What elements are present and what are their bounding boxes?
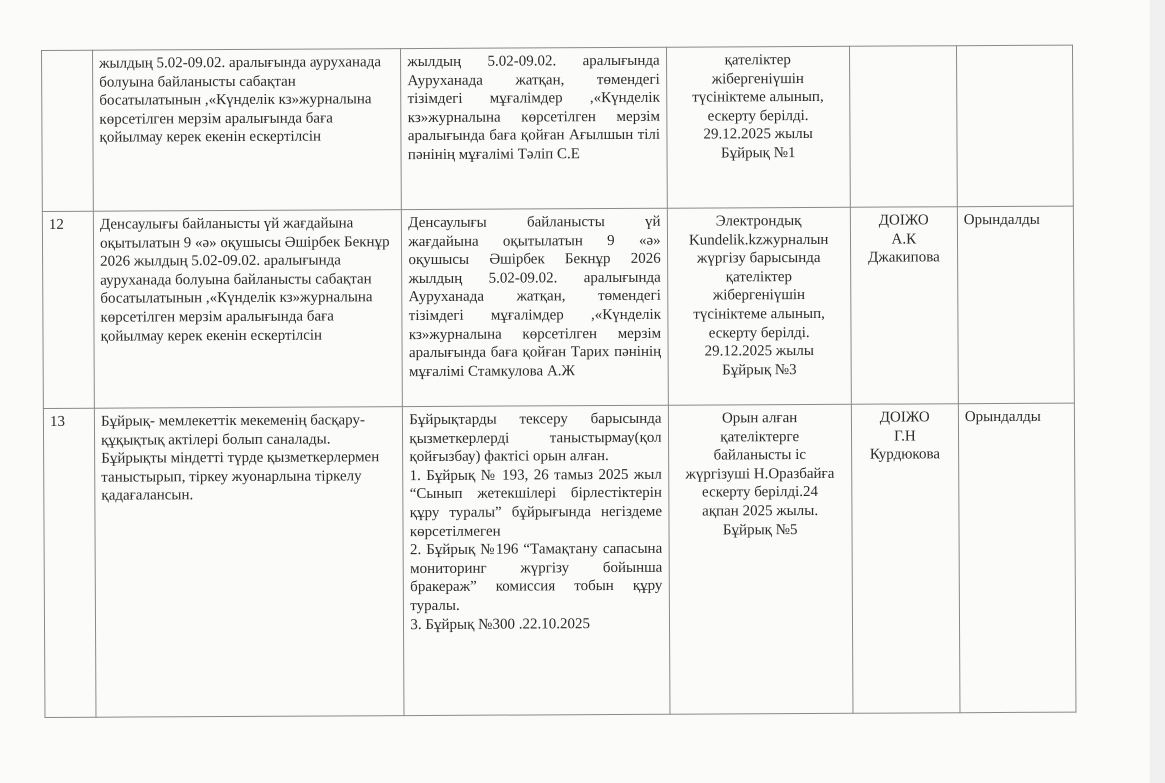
row-number-cell [42,50,94,211]
row-number-cell: 13 [43,408,96,717]
status-cell: Орындалды [958,403,1076,713]
finding-cell: Денсаулығы байланысты үй жағдайына оқыты… [402,208,668,406]
action-line: жібергеніүшін [674,286,844,305]
action-line: қателіктер [673,51,843,70]
scanned-page: жылдың 5.02-09.02. аралығында ауруханада… [0,0,1150,783]
action-line: ақпан 2025 жылы. [675,502,845,521]
task-cell: Бұйрық- мемлекеттік мекеменің басқару-құ… [94,407,404,718]
action-line: Орын алған [674,409,844,428]
finding-paragraph: 3. Бұйрық №300 .22.10.2025 [410,614,662,634]
responsible-line: Джакипова [857,248,951,267]
action-line: ескерту берілді. [673,107,843,126]
action-line: Kundelik.kzжурналын [674,230,844,249]
action-line: ескерту берілді.24 [675,483,845,502]
row-number-cell: 12 [42,211,94,408]
responsible-line: ДОІЖО [858,408,952,427]
status-cell [956,45,1073,207]
finding-paragraph: 2. Бұйрық №196 “Тамақтану сапасына монит… [410,540,663,616]
finding-cell: жылдың 5.02-09.02. аралығында Ауруханада… [401,47,667,209]
action-line: қателіктерге [675,427,845,446]
action-line: Бұйрық №5 [675,520,845,539]
task-cell: Денсаулығы байланысты үй жағдайына оқыты… [93,210,402,409]
action-line: түсініктеме алынып, [674,305,844,324]
task-cell: жылдың 5.02-09.02. аралығында ауруханада… [93,49,402,212]
action-line: ескерту берілді. [674,323,844,342]
responsible-cell [849,46,957,208]
report-table: жылдың 5.02-09.02. аралығында ауруханада… [41,45,1076,718]
action-line: 29.12.2025 жылы [673,125,843,144]
finding-cell: Бұйрықтарды тексеру барысында қызметкерл… [403,405,670,715]
action-line: Бұйрық №3 [674,361,844,380]
table-row: 13 Бұйрық- мемлекеттік мекеменің басқару… [43,403,1076,717]
responsible-line: ДОІЖО [857,211,951,230]
action-cell: Орын алған қателіктерге байланысты іс жү… [668,404,853,714]
action-cell: қателіктер жібергеніүшін түсініктеме алы… [666,46,850,208]
responsible-line: Курдюкова [858,445,952,464]
table-row: 12 Денсаулығы байланысты үй жағдайына оқ… [42,206,1074,408]
table-row: жылдың 5.02-09.02. аралығында ауруханада… [42,45,1074,211]
responsible-line: А.К [857,230,951,249]
action-line: жүргізуші Н.Оразбайға [675,465,845,484]
status-cell: Орындалды [957,206,1074,404]
action-line: қателіктер [674,268,844,287]
responsible-cell: ДОІЖО А.К Джакипова [850,207,958,405]
responsible-line: Г.Н [858,427,952,446]
page-margin [1150,0,1165,783]
finding-paragraph: 1. Бұйрық № 193, 26 тамыз 2025 жыл “Сыны… [410,466,663,542]
action-line: жібергеніүшін [673,69,843,88]
action-line: түсініктеме алынып, [673,88,843,107]
action-line: Электрондық [673,212,843,231]
responsible-cell: ДОІЖО Г.Н Курдюкова [851,404,960,714]
action-line: жүргізу барысында [674,249,844,268]
finding-paragraph: Бұйрықтарды тексеру барысында қызметкерл… [409,410,662,467]
action-cell: Электрондық Kundelik.kzжурналын жүргізу … [667,207,851,405]
action-line: 29.12.2025 жылы [674,342,844,361]
action-line: байланысты іс [675,446,845,465]
action-line: Бұйрық №1 [673,144,843,163]
